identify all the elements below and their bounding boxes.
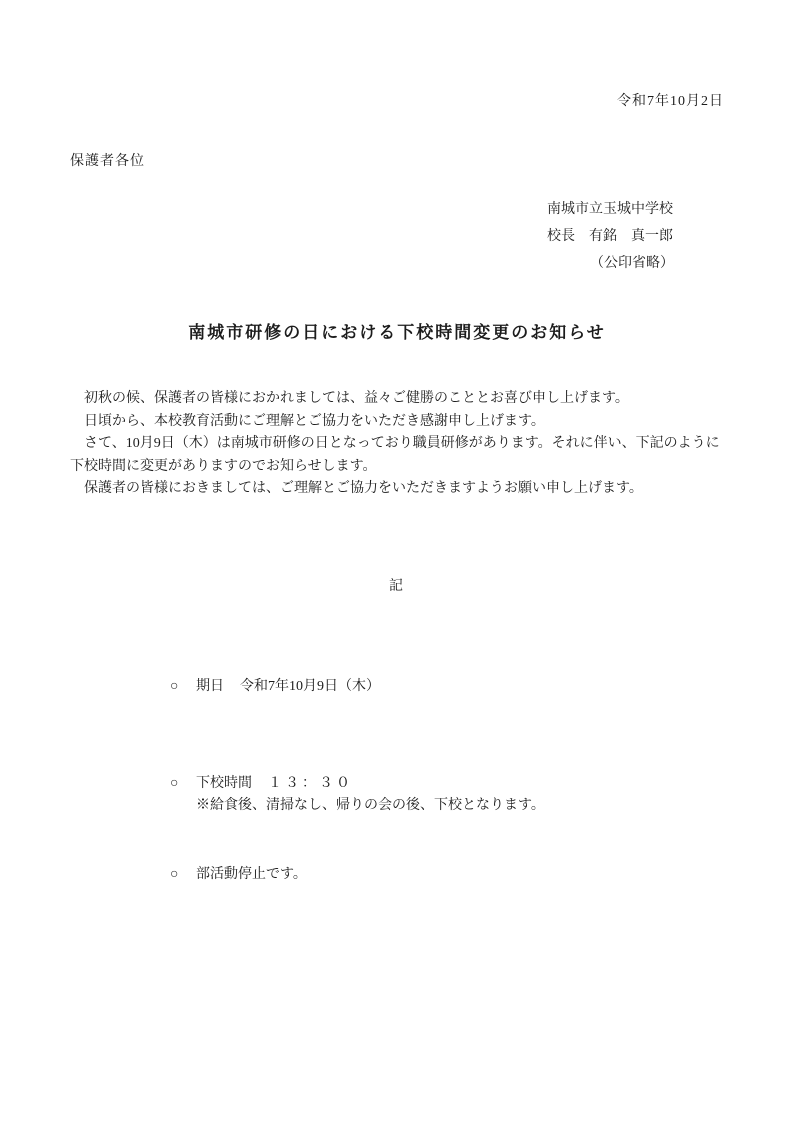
- sender-principal: 校長 有銘 真一郎: [547, 223, 724, 250]
- document-page: 令和7年10月2日 保護者各位 南城市立玉城中学校 校長 有銘 真一郎 （公印省…: [0, 0, 794, 1123]
- body-paragraph: さて、10月9日（木）は南城市研修の日となっており職員研修があります。それに伴い…: [70, 433, 724, 478]
- item-value: １３：３０: [268, 776, 353, 791]
- document-date: 令和7年10月2日: [70, 92, 724, 112]
- recipient-line: 保護者各位: [70, 152, 724, 172]
- item-label: 下校時間: [196, 776, 252, 791]
- circle-bullet-icon: ○: [170, 773, 196, 796]
- list-item-date: ○期日令和7年10月9日（木）: [70, 676, 724, 699]
- item-note: ※給食後、清掃なし、帰りの会の後、下校となります。: [70, 795, 724, 818]
- body-paragraph: 日頃から、本校教育活動にご理解とご協力をいただき感謝申し上げます。: [70, 411, 724, 434]
- body-paragraph: 初秋の候、保護者の皆様におかれましては、益々ご健勝のこととお喜び申し上げます。: [70, 388, 724, 411]
- body-text: 初秋の候、保護者の皆様におかれましては、益々ご健勝のこととお喜び申し上げます。 …: [70, 388, 724, 501]
- item-label: 部活動停止です。: [196, 867, 307, 882]
- record-marker: 記: [70, 576, 724, 599]
- list-item-club-activity: ○部活動停止です。: [70, 864, 724, 887]
- item-value: 令和7年10月9日（木）: [240, 679, 380, 694]
- document-content: 令和7年10月2日 保護者各位 南城市立玉城中学校 校長 有銘 真一郎 （公印省…: [0, 0, 794, 886]
- circle-bullet-icon: ○: [170, 864, 196, 887]
- sender-block: 南城市立玉城中学校 校長 有銘 真一郎 （公印省略）: [547, 196, 724, 277]
- document-title: 南城市研修の日における下校時間変更のお知らせ: [70, 319, 724, 347]
- circle-bullet-icon: ○: [170, 676, 196, 699]
- item-label: 期日: [196, 679, 224, 694]
- sender-school: 南城市立玉城中学校: [547, 196, 724, 223]
- items-list: ○期日令和7年10月9日（木） ○下校時間１３：３０ ※給食後、清掃なし、帰りの…: [70, 676, 724, 886]
- list-item-dismissal-time: ○下校時間１３：３０: [70, 773, 724, 796]
- body-paragraph: 保護者の皆様におきましては、ご理解とご協力をいただきますようお願い申し上げます。: [70, 478, 724, 501]
- sender-seal-note: （公印省略）: [547, 250, 724, 277]
